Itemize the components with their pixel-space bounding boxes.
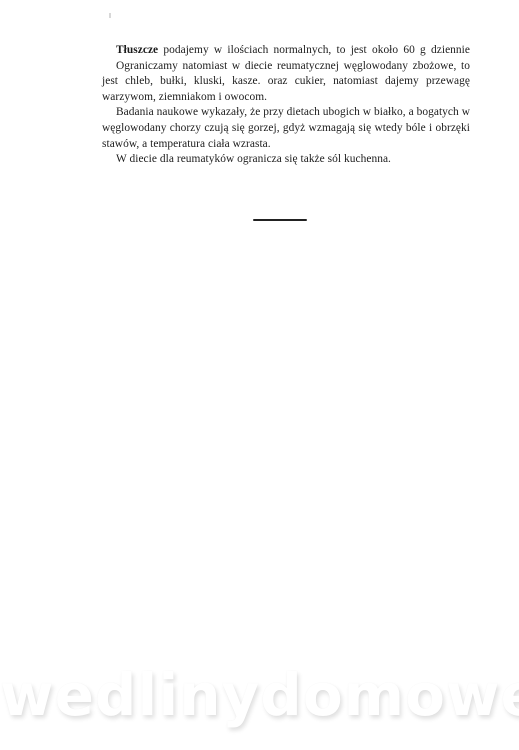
paragraph-text: W diecie dla reumatyków ogranicza się ta… [116,153,391,165]
paragraph-text: Ograniczamy natomiast w diecie reumatycz… [102,60,470,103]
document-page: Tłuszcze podajemy w ilościach normalnych… [0,0,519,750]
paragraph-salt: W diecie dla reumatyków ogranicza się ta… [102,152,470,168]
page-number-mark [109,13,111,18]
paragraph-carbohydrates: Ograniczamy natomiast w diecie reumatycz… [102,59,470,106]
paragraph-research: Badania naukowe wykazały, że przy dietac… [102,105,470,152]
section-separator-rule [253,219,307,221]
paragraph-text: podajemy w ilościach normalnych, to jest… [158,44,470,56]
paragraph-fats: Tłuszcze podajemy w ilościach normalnych… [102,43,470,59]
paragraph-lead-word: Tłuszcze [116,44,158,56]
paragraph-text: Badania naukowe wykazały, że przy dietac… [102,106,470,149]
watermark: wedlinydomowe.pl [0,665,519,725]
document-text: Tłuszcze podajemy w ilościach normalnych… [102,43,470,168]
